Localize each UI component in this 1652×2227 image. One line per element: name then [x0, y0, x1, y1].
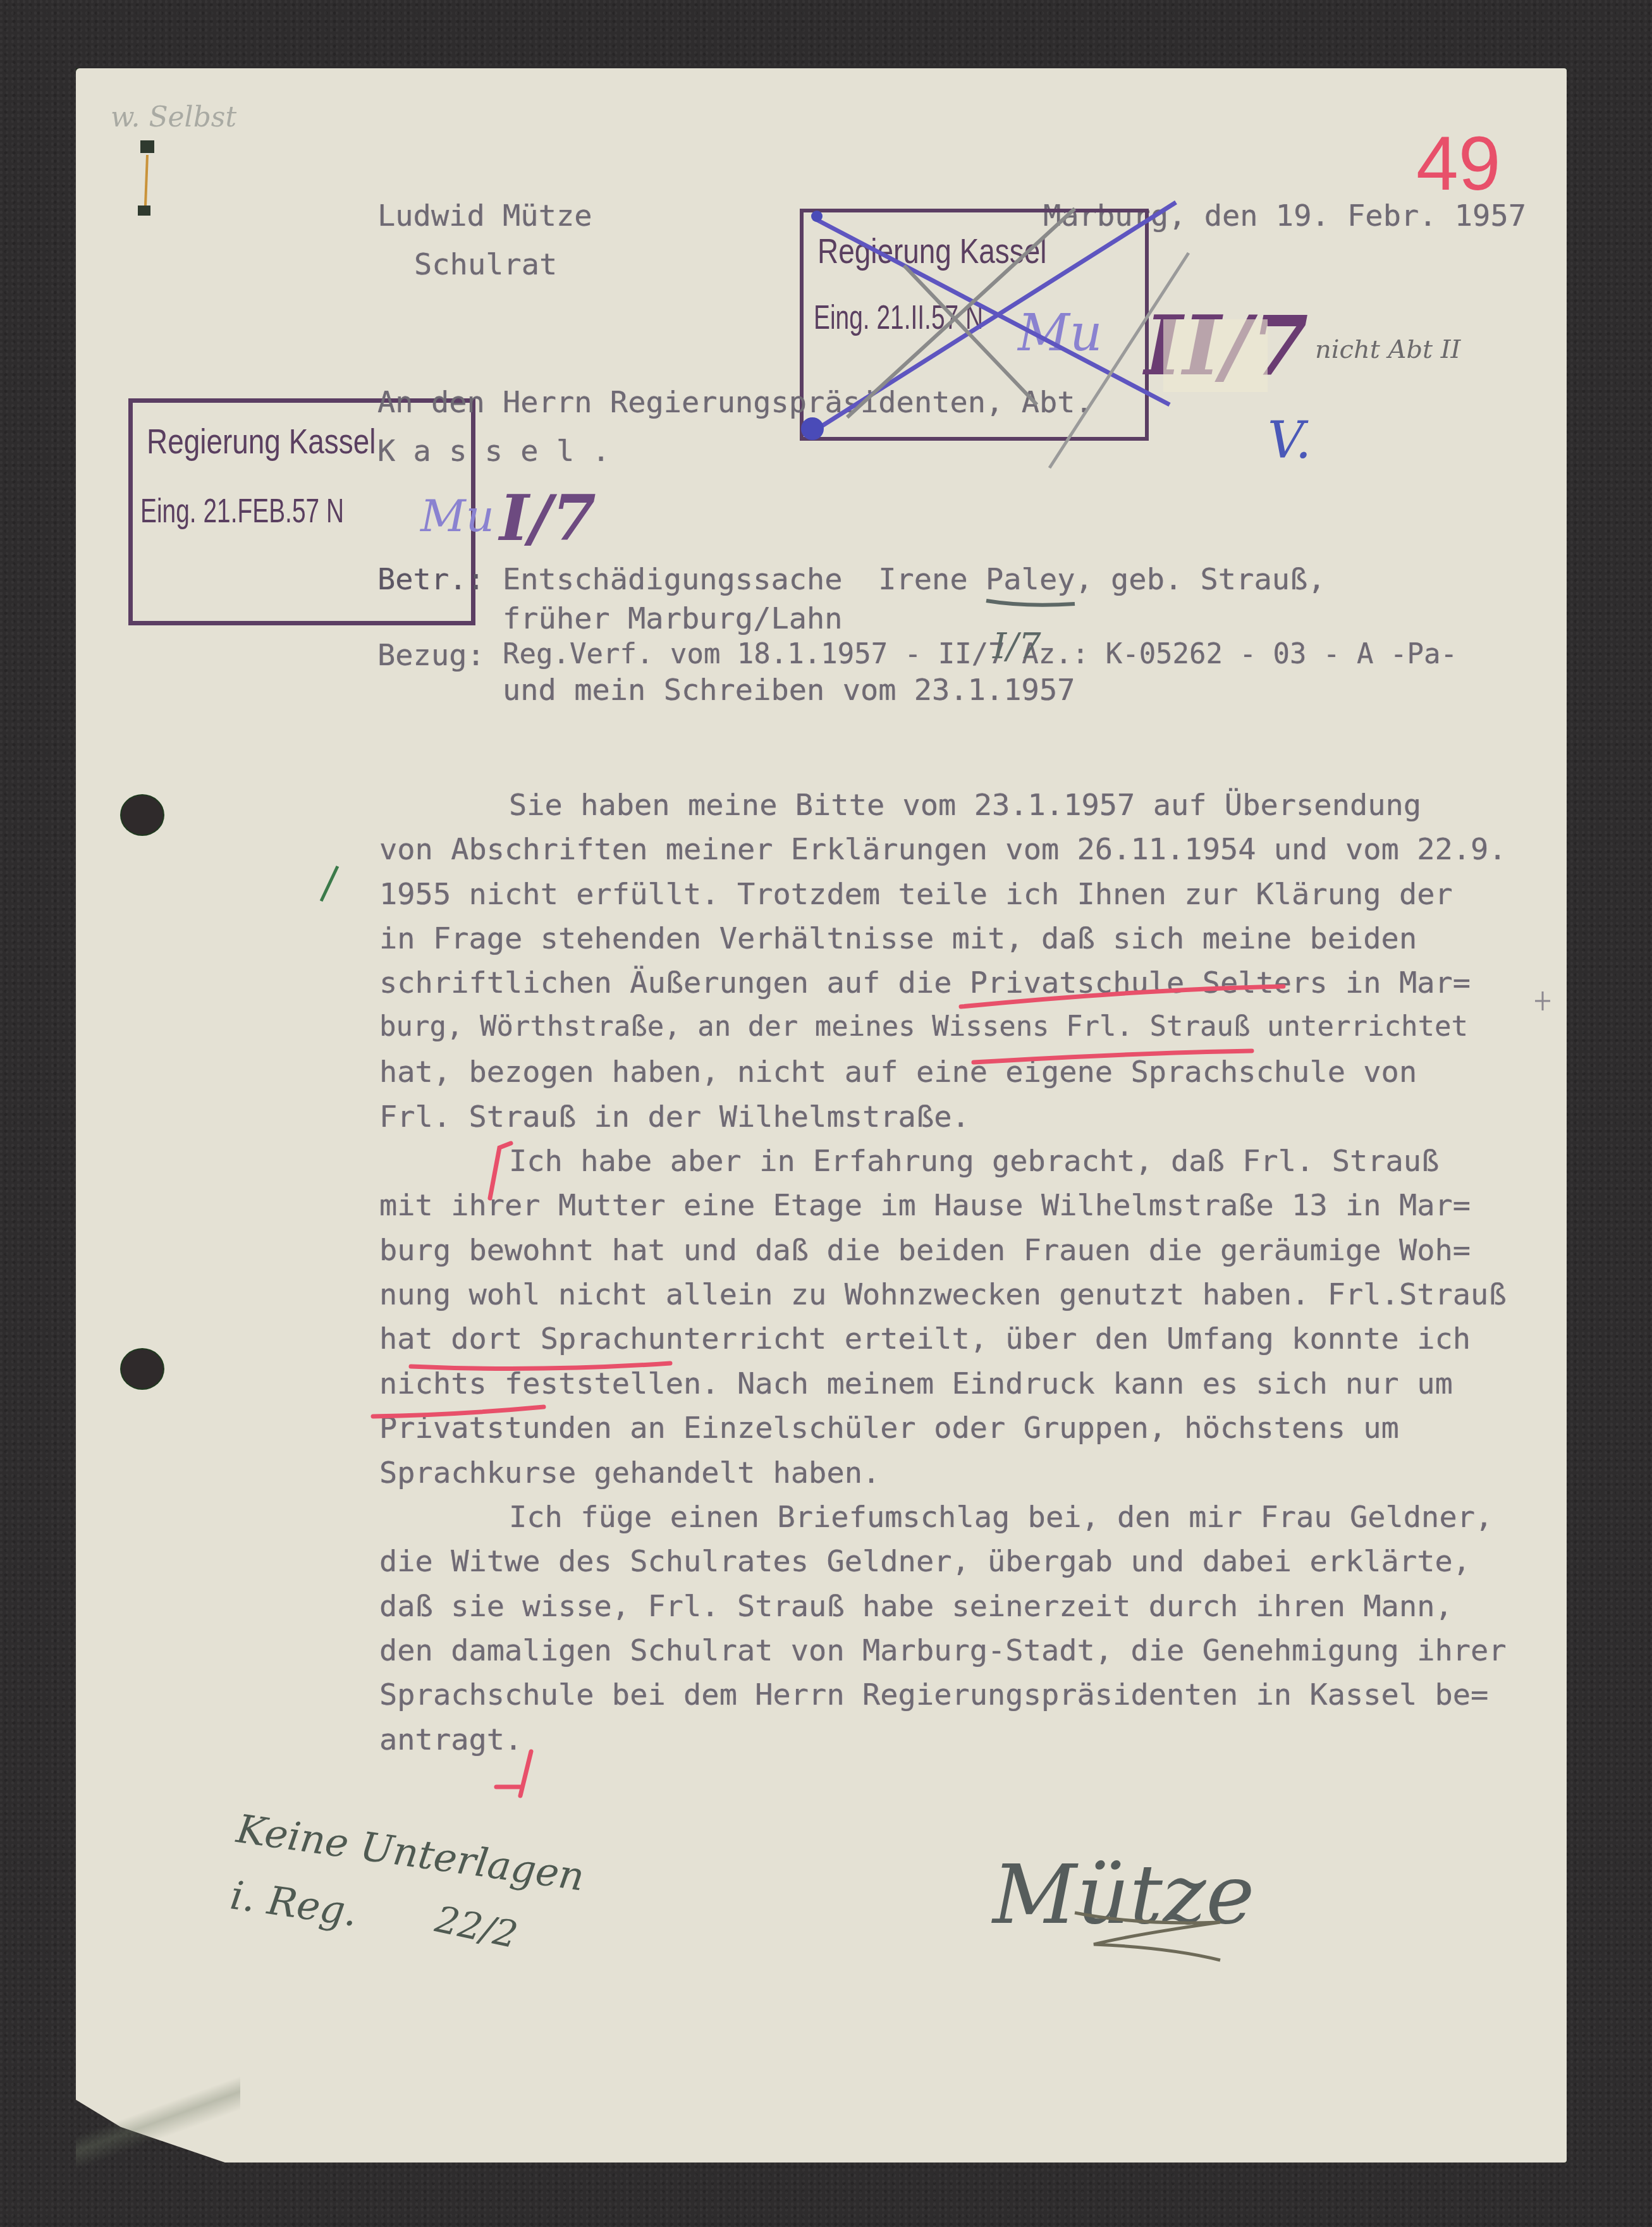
body-line: von Abschriften meiner Erklärungen vom 2… [379, 835, 1507, 864]
page-number-annotation: 49 [1416, 120, 1500, 207]
body-line: burg bewohnt hat und daß die beiden Frau… [379, 1236, 1471, 1265]
reference-line-2: und mein Schreiben vom 23.1.1957 [503, 675, 1075, 705]
body-line: Ich füge einen Briefumschlag bei, den mi… [509, 1502, 1493, 1532]
body-line: den damaligen Schulrat von Marburg-Stadt… [379, 1636, 1507, 1666]
body-line: die Witwe des Schulrates Geldner, überga… [379, 1547, 1471, 1576]
body-line: schriftlichen Äußerungen auf die Privats… [379, 968, 1471, 998]
body-line: burg, Wörthstraße, an der meines Wissens… [379, 1013, 1468, 1041]
body-line: mit ihrer Mutter eine Etage im Hause Wil… [379, 1191, 1471, 1220]
sender-name: Ludwid Mütze [377, 201, 592, 231]
subject-label: Betr.: [377, 565, 485, 594]
body-line: nichts feststellen. Nach meinem Eindruck… [379, 1369, 1453, 1399]
body-line: Frl. Strauß in der Wilhelmstraße. [379, 1102, 970, 1132]
stamp-date: Eing. 21.II.57 N [814, 298, 983, 337]
handwritten-initial-right: V. [1268, 411, 1311, 470]
subject-line-2: früher Marburg/Lahn [503, 604, 843, 634]
body-line: Privatstunden an Einzelschüler oder Grup… [379, 1413, 1399, 1443]
stamp-title: Regierung Kassel [147, 420, 376, 462]
body-line: Sprachschule bei dem Herrn Regierungsprä… [379, 1680, 1488, 1710]
reference-correction: I/7 [993, 626, 1041, 667]
office-mark-left: I/7 [499, 481, 596, 555]
body-line: Sie haben meine Bitte vom 23.1.1957 auf … [509, 790, 1421, 820]
recipient-line-2: K a s s e l . [377, 436, 610, 466]
office-mark-right: II/7 [1144, 297, 1309, 394]
body-line: in Frage stehenden Verhältnisse mit, daß… [379, 924, 1417, 954]
sender-title: Schulrat [414, 250, 557, 279]
body-line: Sprachkurse gehandelt haben. [379, 1458, 880, 1488]
body-line: daß sie wisse, Frl. Strauß habe seinerze… [379, 1592, 1453, 1621]
body-line: nung wohl nicht allein zu Wohnzwecken ge… [379, 1280, 1507, 1310]
handwritten-top-left-note: w. Selbst [111, 101, 236, 133]
punch-hole-top [121, 795, 163, 835]
body-line: antragt. [379, 1725, 522, 1755]
handwritten-initials-left: Mu [420, 490, 494, 542]
stamp-date: Eing. 21.FEB.57 N [140, 491, 344, 531]
body-line: 1955 nicht erfüllt. Trotzdem teile ich I… [379, 880, 1453, 909]
punch-hole-bottom [121, 1349, 163, 1389]
reference-line-1: Reg.Verf. vom 18.1.1957 - II/7 Az.: K-05… [503, 641, 1457, 668]
handwritten-initials-right: Mu [1018, 304, 1102, 362]
body-line: Ich habe aber in Erfahrung gebracht, daß… [509, 1146, 1439, 1176]
reference-label: Bezug: [377, 641, 485, 670]
recipient-line-1: An den Herrn Regierungspräsidenten, Abt. [377, 388, 1093, 417]
handwritten-note-right: nicht Abt II [1315, 335, 1460, 364]
signature: Mütze [993, 1846, 1255, 1942]
body-line: hat dort Sprachunterricht erteilt, über … [379, 1324, 1471, 1354]
stamp-title: Regierung Kassel [817, 230, 1046, 271]
subject-line-1: Entschädigungssache Irene Paley, geb. St… [503, 565, 1326, 594]
body-line: hat, bezogen haben, nicht auf eine eigen… [379, 1057, 1417, 1087]
